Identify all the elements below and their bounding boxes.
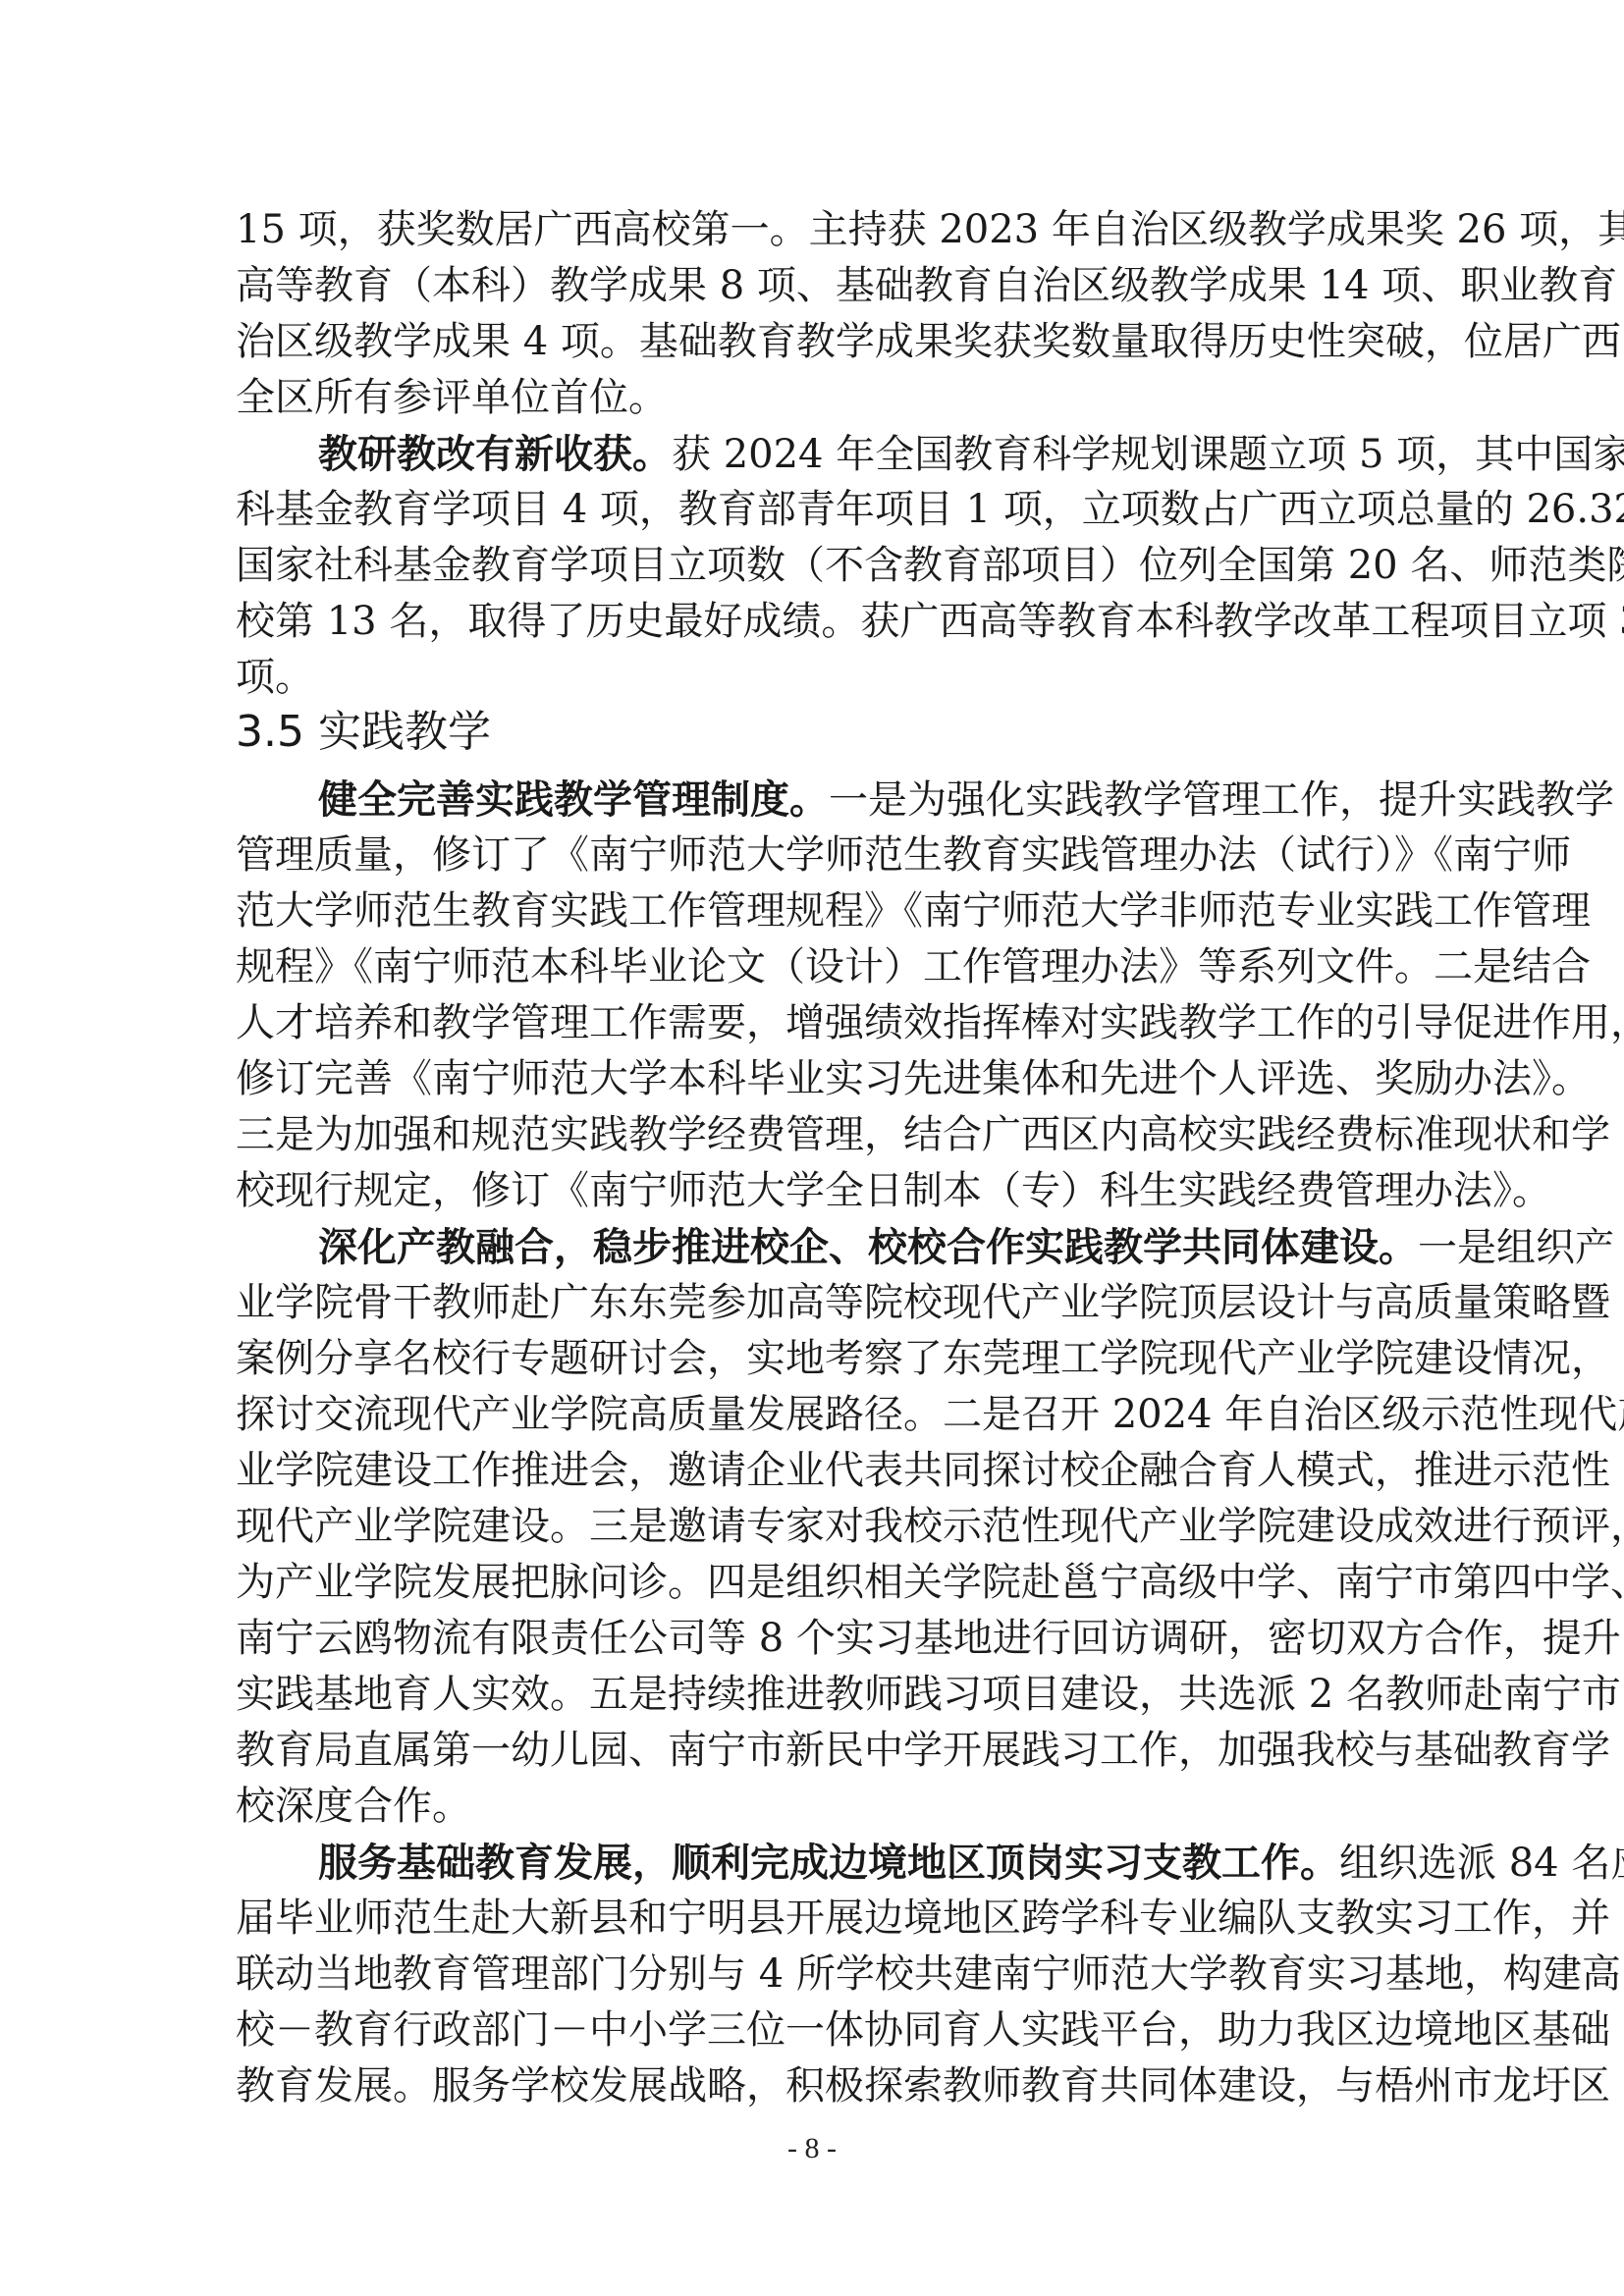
paragraph-lead: 服务基础教育发展，顺利完成边境地区顶岗实习支教工作。 [318, 1840, 1339, 1886]
text-line: 管理质量，修订了《南宁师范大学师范生教育实践管理办法（试行）》《南宁师 [236, 828, 1390, 883]
text-line: 服务基础教育发展，顺利完成边境地区顶岗实习支教工作。组织选派 84 名应 [318, 1835, 1390, 1891]
text-line: 联动当地教育管理部门分别与 4 所学校共建南宁师范大学教育实习基地，构建高 [236, 1947, 1390, 2002]
text-line: 教育发展。服务学校发展战略，积极探索教师教育共同体建设，与梧州市龙圩区 [236, 2058, 1390, 2114]
paragraph-lead: 深化产教融合，稳步推进校企、校校合作实践教学共同体建设。 [318, 1224, 1418, 1270]
text-line: 全区所有参评单位首位。 [236, 370, 1390, 426]
text-span: 组织选派 84 名应 [1339, 1841, 1624, 1886]
text-span: 一是为强化实践教学管理工作，提升实践教学 [829, 777, 1614, 823]
text-line: 高等教育（本科）教学成果 8 项、基础教育自治区级教学成果 14 项、职业教育自 [236, 258, 1390, 314]
text-line: 业学院建设工作推进会，邀请企业代表共同探讨校企融合育人模式，推进示范性 [236, 1443, 1390, 1499]
text-line: 三是为加强和规范实践教学经费管理，结合广西区内高校实践经费标准现状和学 [236, 1107, 1390, 1163]
text-line: 健全完善实践教学管理制度。一是为强化实践教学管理工作，提升实践教学 [318, 772, 1390, 828]
text-line: 实践基地育人实效。五是持续推进教师践习项目建设，共选派 2 名教师赴南宁市 [236, 1667, 1390, 1723]
text-line: 项。 [236, 650, 1390, 706]
text-line: 南宁云鸥物流有限责任公司等 8 个实习基地进行回访调研，密切双方合作，提升 [236, 1611, 1390, 1667]
text-line: 深化产教融合，稳步推进校企、校校合作实践教学共同体建设。一是组织产 [318, 1219, 1390, 1275]
section-heading: 3.5 实践教学 [236, 703, 491, 762]
text-span: 获 2024 年全国教育科学规划课题立项 5 项，其中国家社 [672, 432, 1624, 477]
paragraph-lead: 健全完善实践教学管理制度。 [318, 776, 829, 823]
text-line: 为产业学院发展把脉问诊。四是组织相关学院赴邕宁高级中学、南宁市第四中学、 [236, 1555, 1390, 1611]
text-line: 治区级教学成果 4 项。基础教育教学成果奖获奖数量取得历史性突破，位居广西 [236, 314, 1390, 370]
text-line: 现代产业学院建设。三是邀请专家对我校示范性现代产业学院建设成效进行预评， [236, 1499, 1390, 1555]
text-line: 探讨交流现代产业学院高质量发展路径。二是召开 2024 年自治区级示范性现代产 [236, 1387, 1390, 1443]
text-line: 教育局直属第一幼儿园、南宁市新民中学开展践习工作，加强我校与基础教育学 [236, 1723, 1390, 1779]
paragraph-lead: 教研教改有新收获。 [318, 431, 672, 477]
text-line: 修订完善《南宁师范大学本科毕业实习先进集体和先进个人评选、奖励办法》。 [236, 1051, 1390, 1107]
text-line: 校深度合作。 [236, 1779, 1390, 1835]
text-line: 业学院骨干教师赴广东东莞参加高等院校现代产业学院顶层设计与高质量策略暨 [236, 1275, 1390, 1331]
text-line: 校第 13 名，取得了历史最好成绩。获广西高等教育本科教学改革工程项目立项 36 [236, 594, 1390, 650]
text-line: 校－教育行政部门－中小学三位一体协同育人实践平台，助力我区边境地区基础 [236, 2002, 1390, 2058]
text-line: 科基金教育学项目 4 项，教育部青年项目 1 项，立项数占广西立项总量的 26.… [236, 482, 1390, 538]
text-line: 范大学师范生教育实践工作管理规程》《南宁师范大学非师范专业实践工作管理 [236, 883, 1390, 939]
text-line: 届毕业师范生赴大新县和宁明县开展边境地区跨学科专业编队支教实习工作，并 [236, 1891, 1390, 1947]
text-line: 15 项，获奖数居广西高校第一。主持获 2023 年自治区级教学成果奖 26 项… [236, 202, 1390, 258]
document-page: 15 项，获奖数居广西高校第一。主持获 2023 年自治区级教学成果奖 26 项… [0, 0, 1624, 2296]
text-line: 案例分享名校行专题研讨会，实地考察了东莞理工学院现代产业学院建设情况， [236, 1331, 1390, 1387]
text-line: 规程》《南宁师范本科毕业论文（设计）工作管理办法》等系列文件。二是结合 [236, 939, 1390, 995]
text-line: 人才培养和教学管理工作需要，增强绩效指挥棒对实践教学工作的引导促进作用， [236, 995, 1390, 1051]
text-line: 国家社科基金教育学项目立项数（不含教育部项目）位列全国第 20 名、师范类院 [236, 538, 1390, 594]
page-number: - 8 - [0, 2132, 1624, 2165]
text-line: 校现行规定，修订《南宁师范大学全日制本（专）科生实践经费管理办法》。 [236, 1163, 1390, 1219]
text-span: 一是组织产 [1418, 1225, 1614, 1270]
text-line: 教研教改有新收获。获 2024 年全国教育科学规划课题立项 5 项，其中国家社 [318, 426, 1390, 482]
